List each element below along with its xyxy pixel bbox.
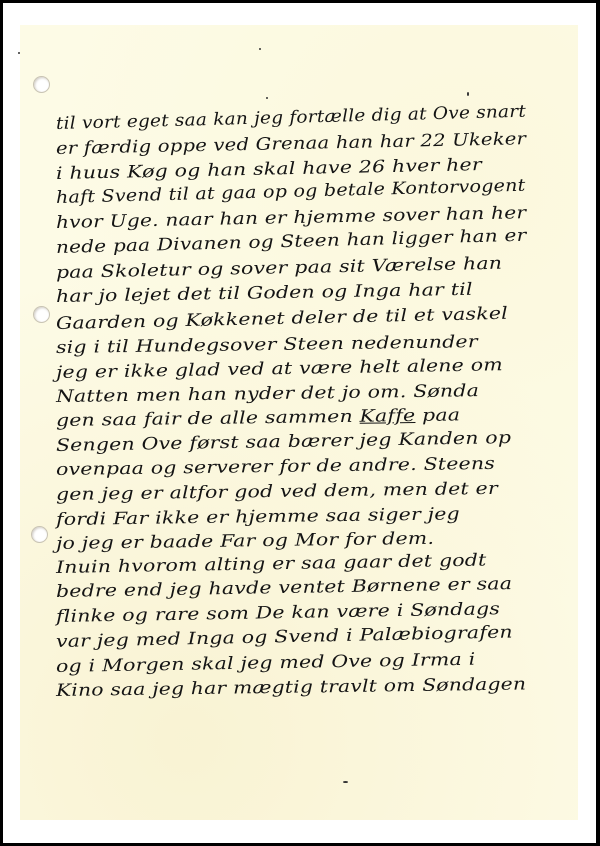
punch-hole-bottom	[31, 526, 48, 543]
underlined-word: Kaffe	[359, 406, 415, 427]
ink-speck	[18, 52, 20, 54]
ink-speck	[467, 92, 469, 96]
ink-speck	[266, 97, 268, 99]
ink-speck	[343, 781, 348, 783]
ink-speck	[259, 48, 261, 50]
punch-hole-middle	[33, 306, 50, 323]
punch-hole-top	[33, 76, 50, 93]
